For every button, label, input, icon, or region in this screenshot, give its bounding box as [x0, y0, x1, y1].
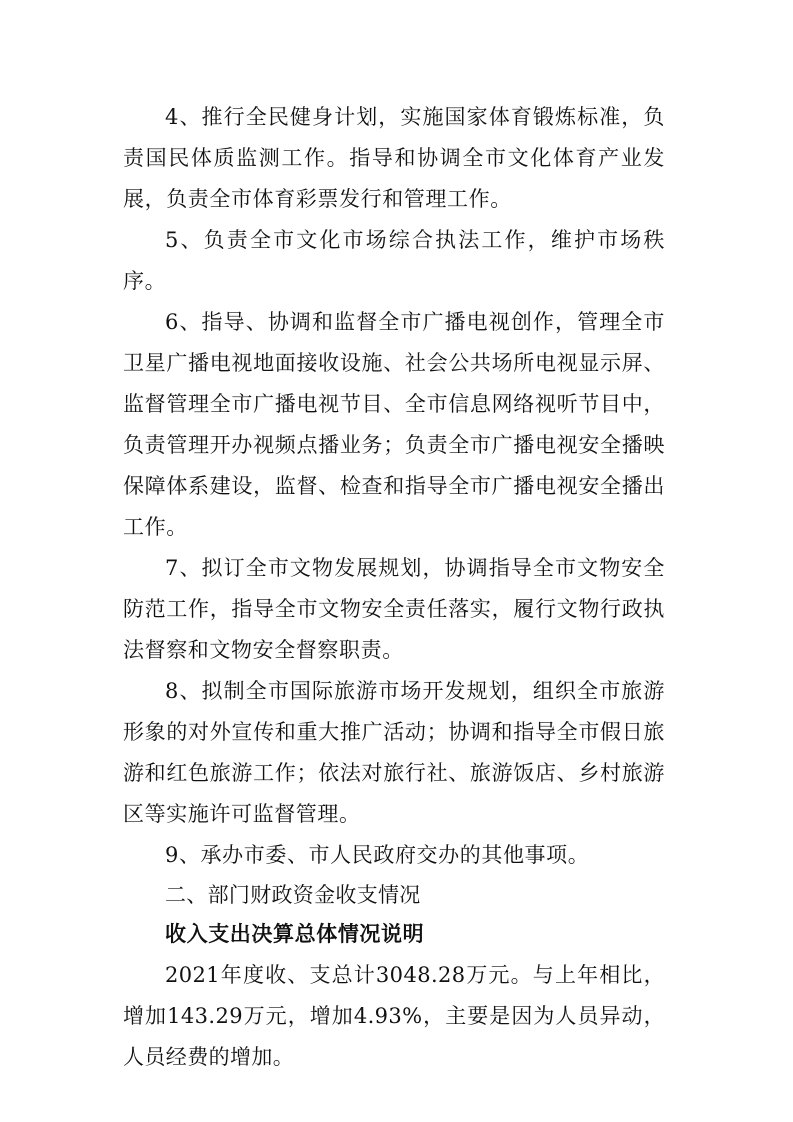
paragraph-item-8: 8、拟制全市国际旅游市场开发规划，组织全市旅游形象的对外宣传和重大推广活动；协调… — [123, 671, 665, 835]
paragraph-item-7: 7、拟订全市文物发展规划，协调指导全市文物安全防范工作，指导全市文物安全责任落实… — [123, 548, 665, 671]
paragraph-item-5: 5、负责全市文化市场综合执法工作，维护市场秩序。 — [123, 220, 665, 302]
subsection-heading: 收入支出决算总体情况说明 — [123, 915, 665, 953]
document-page: 4、推行全民健身计划，实施国家体育锻炼标准，负责国民体质监测工作。指导和协调全市… — [0, 0, 793, 1122]
paragraph-item-4: 4、推行全民健身计划，实施国家体育锻炼标准，负责国民体质监测工作。指导和协调全市… — [123, 97, 665, 220]
summary-paragraph: 2021年度收、支总计3048.28万元。与上年相比，增加143.29万元，增加… — [123, 955, 665, 1078]
paragraph-item-6: 6、指导、协调和监督全市广播电视创作，管理全市卫星广播电视地面接收设施、社会公共… — [123, 302, 665, 548]
section-heading: 二、部门财政资金收支情况 — [123, 876, 665, 915]
paragraph-item-9: 9、承办市委、市人民政府交办的其他事项。 — [123, 835, 665, 876]
document-body: 4、推行全民健身计划，实施国家体育锻炼标准，负责国民体质监测工作。指导和协调全市… — [123, 97, 665, 1078]
